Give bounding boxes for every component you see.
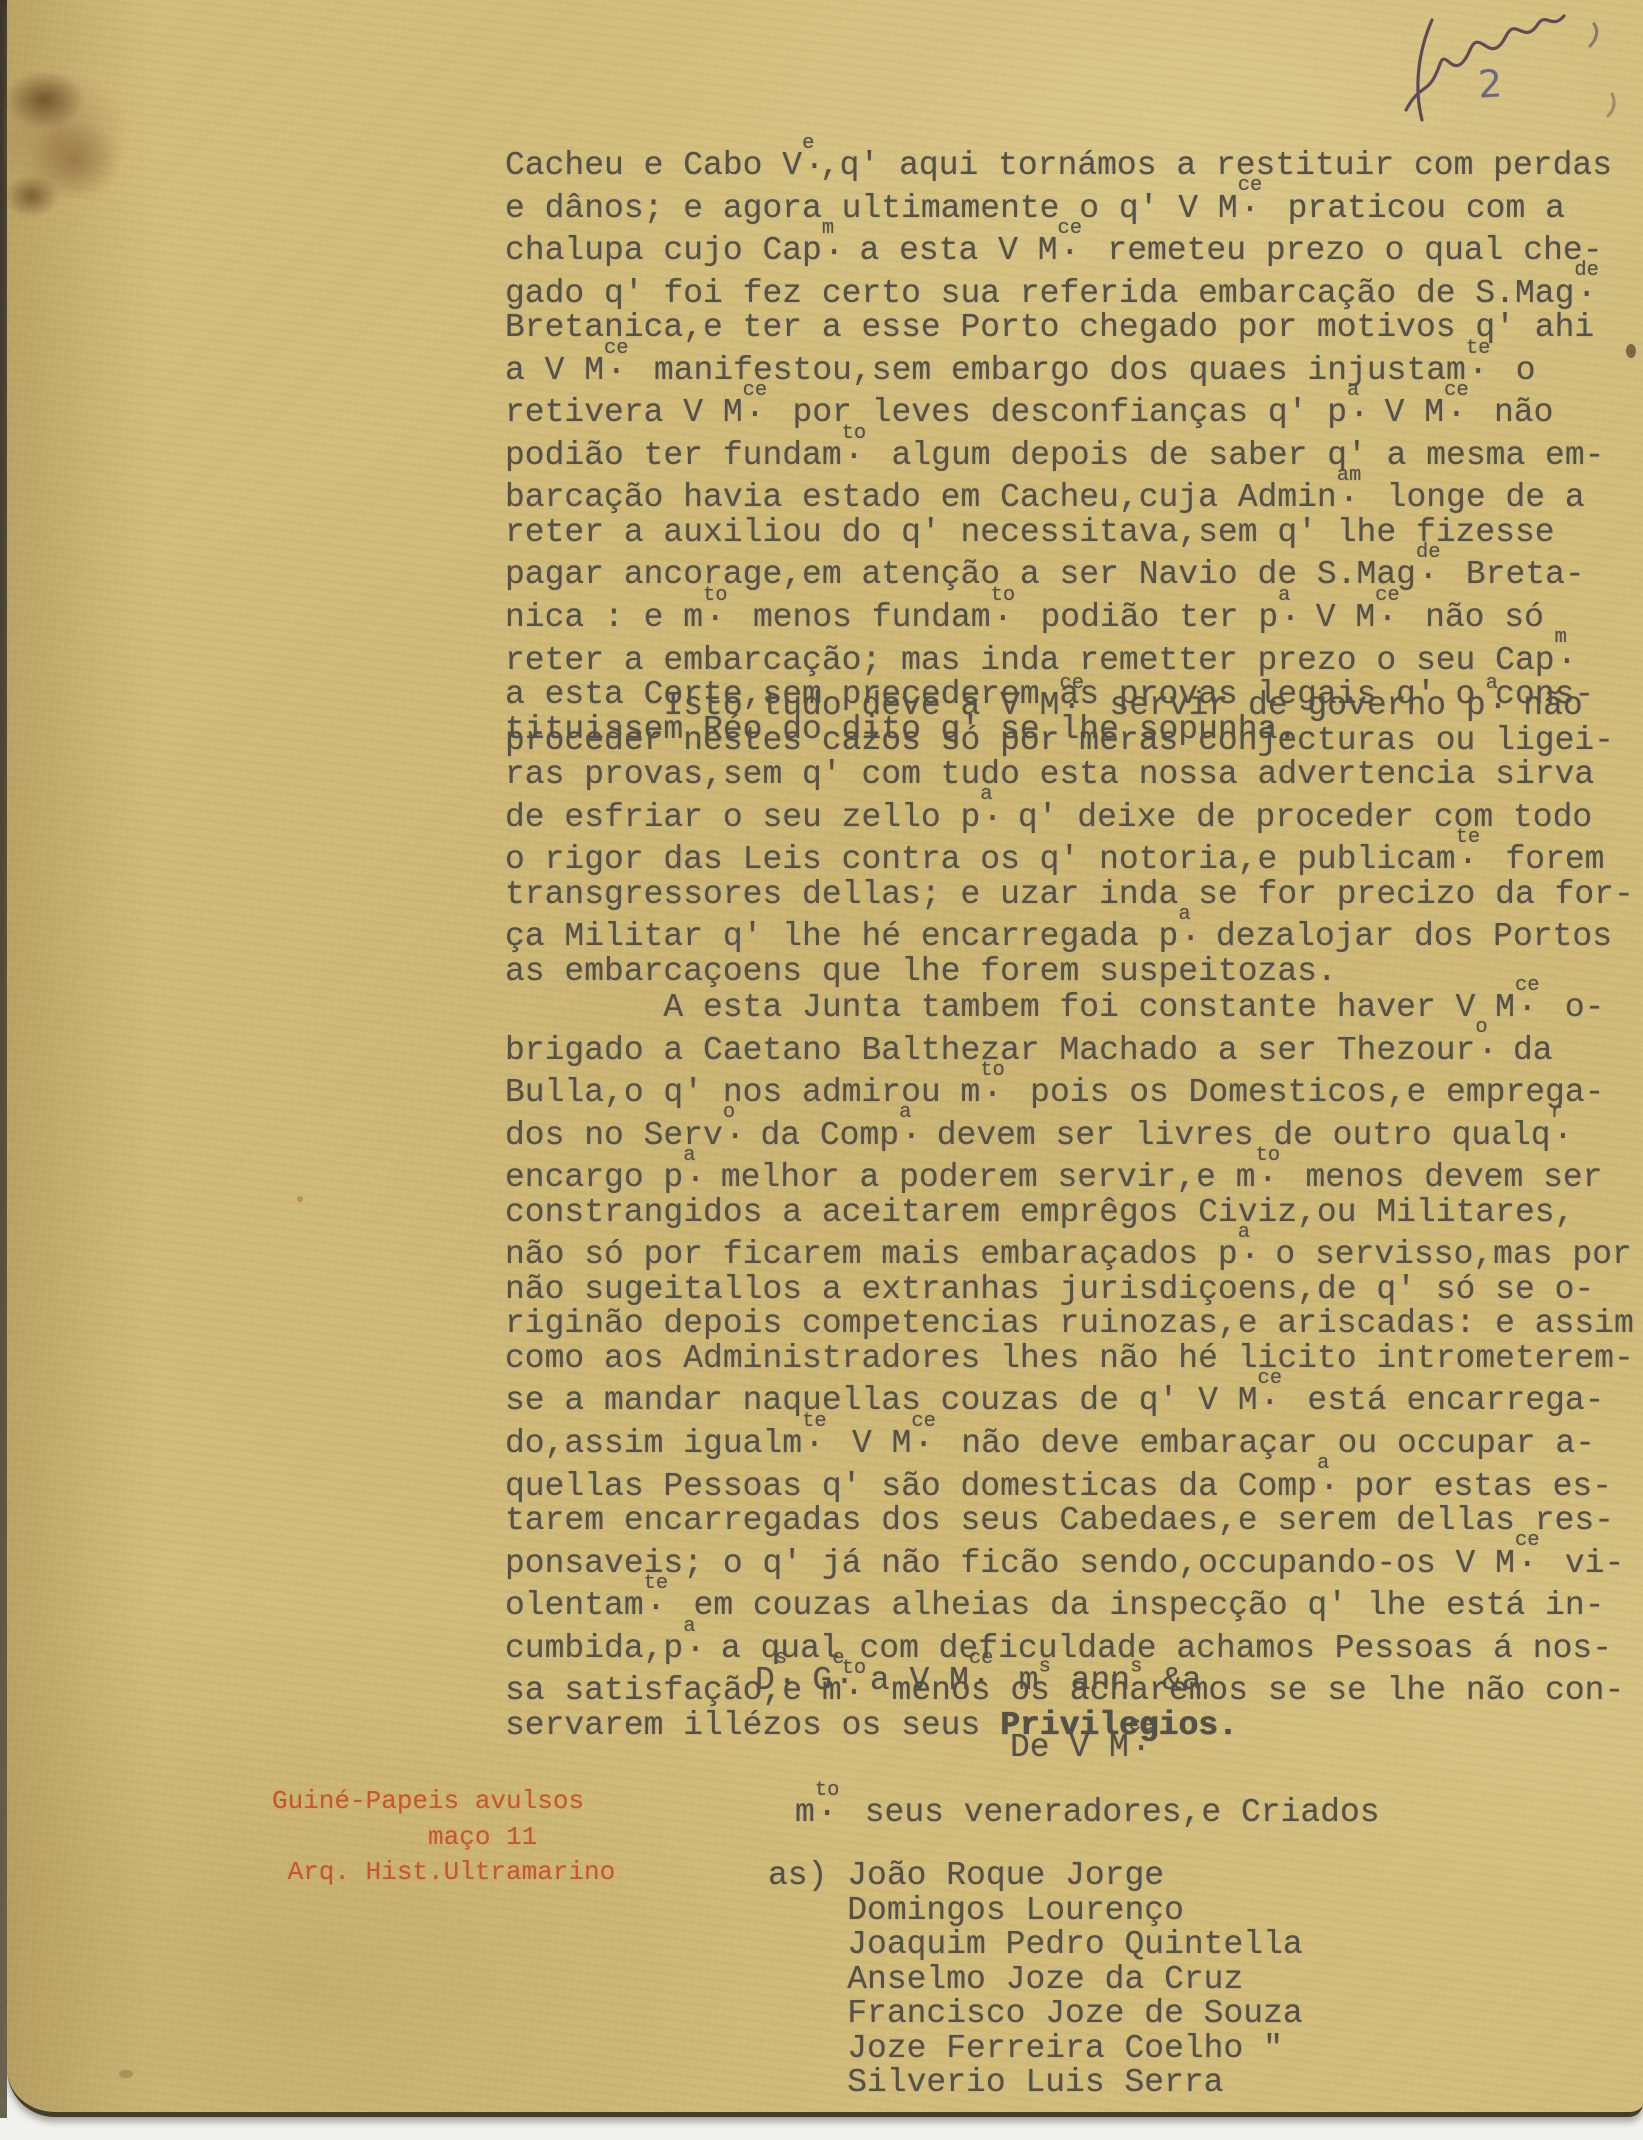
text-line: Bretanica,e ter a esse Porto chegado por… <box>505 311 1612 346</box>
paper-stain <box>3 44 133 244</box>
text-line: reter a auxiliou do q' necessitava,sem q… <box>505 516 1612 551</box>
text-line: se a mandar naquellas couzas de q' V Mce… <box>505 1376 1634 1419</box>
text-line: do,assim igualmte. V Mce. não deve embar… <box>505 1419 1634 1462</box>
paper-speck <box>1626 344 1636 358</box>
page-left-edge <box>0 0 7 2118</box>
text-line: Joze Ferreira Coelho ″ <box>768 2032 1303 2067</box>
text-line: Francisco Joze de Souza <box>768 1997 1303 2032</box>
from-line: De V Mce. <box>1010 1723 1159 1766</box>
text-line: as) João Roque Jorge <box>768 1859 1303 1894</box>
paper-speck <box>297 1196 303 1202</box>
signoff-line: Ds. Ge. a V Mce. ms anns &a <box>755 1656 1202 1703</box>
text-line: riginão depois competencias ruinozas,e a… <box>505 1307 1634 1342</box>
text-line: reter a embarcação; mas inda remetter pr… <box>505 636 1612 679</box>
text-line: ça Militar q' lhe hé encarregada pa. dez… <box>505 912 1634 955</box>
text-line: A esta Junta tambem foi constante haver … <box>505 983 1634 1026</box>
text-line: Arq. Hist.Ultramarino <box>272 1855 615 1891</box>
text-line: Anselmo Joze da Cruz <box>768 1963 1303 1998</box>
text-line: nica : e mto. menos fundamto. podião ter… <box>505 593 1612 636</box>
text-line: pagar ancorage,em atenção a ser Navio de… <box>505 550 1612 593</box>
text-line: chalupa cujo Capm. a esta V Mce. remeteu… <box>505 226 1612 269</box>
text-line: como aos Administradores lhes não hé lic… <box>505 1342 1634 1377</box>
text-line: constrangidos a aceitarem emprêgos Civiz… <box>505 1196 1634 1231</box>
letter-paragraph-3: A esta Junta tambem foi constante haver … <box>505 983 1634 1743</box>
text-line: o rigor das Leis contra os q' notoria,e … <box>505 835 1634 878</box>
text-line: transgressores dellas; e uzar inda se fo… <box>505 878 1634 913</box>
text-line: ras provas,sem q' com tudo esta nossa ad… <box>505 758 1634 793</box>
text-line: Guiné-Papeis avulsos <box>272 1784 615 1820</box>
text-line: não só por ficarem mais embaraçados pa. … <box>505 1230 1634 1273</box>
text-line: Silverio Luis Serra <box>768 2066 1303 2101</box>
text-line: olentamte. em couzas alheias da inspecçã… <box>505 1581 1634 1624</box>
letter-page: 2 Cacheu e Cabo Ve.,q' aqui tornámos a r… <box>7 0 1643 2117</box>
letter-paragraph-1: Cacheu e Cabo Ve.,q' aqui tornámos a res… <box>505 141 1612 747</box>
text-line: Cacheu e Cabo Ve.,q' aqui tornámos a res… <box>505 141 1612 184</box>
text-line: retivera V Mce. por leves desconfianças … <box>505 388 1612 431</box>
letter-paragraph-2: Isto tudo deve a V Mce. servir de govern… <box>505 681 1634 989</box>
text-line: Bulla,o q' nos admirou mto. pois os Dome… <box>505 1068 1634 1111</box>
text-line: proceder nestes cazos só por meras conje… <box>505 724 1634 759</box>
text-line: gado q' foi fez certo sua referida embar… <box>505 269 1612 312</box>
text-line: ponsaveis; o q' já não ficão sendo,occup… <box>505 1539 1634 1582</box>
archive-reference-stamp: Guiné-Papeis avulsos maço 11 Arq. Hist.U… <box>272 1784 615 1891</box>
text-line: encargo pa. melhor a poderem servir,e mt… <box>505 1153 1634 1196</box>
text-line: dos no Servo. da Compa. devem ser livres… <box>505 1111 1634 1154</box>
signature-list: as) João Roque Jorge Domingos Lourenço J… <box>768 1859 1303 2101</box>
text-line: podião ter fundamto. algum depois de sab… <box>505 431 1612 474</box>
text-line: tarem encarregadas dos seus Cabedaes,e s… <box>505 1504 1634 1539</box>
text-line: Joaquim Pedro Quintella <box>768 1928 1303 1963</box>
text-line: Domingos Lourenço <box>768 1894 1303 1929</box>
text-line: Isto tudo deve a V Mce. servir de govern… <box>505 681 1634 724</box>
text-line: barcação havia estado em Cacheu,cuja Adm… <box>505 473 1612 516</box>
text-line: maço 11 <box>272 1820 615 1856</box>
text-line: quellas Pessoas q' são domesticas da Com… <box>505 1462 1634 1505</box>
handwritten-annotation <box>1388 2 1638 132</box>
text-line: brigado a Caetano Balthezar Machado a se… <box>505 1026 1634 1069</box>
text-line: não sugeitallos a extranhas jurisdiçoens… <box>505 1273 1634 1308</box>
venerators-line: mto. seus veneradores,e Criados <box>795 1788 1380 1831</box>
paper-speck <box>119 2070 133 2078</box>
page-number: 2 <box>1477 61 1503 106</box>
